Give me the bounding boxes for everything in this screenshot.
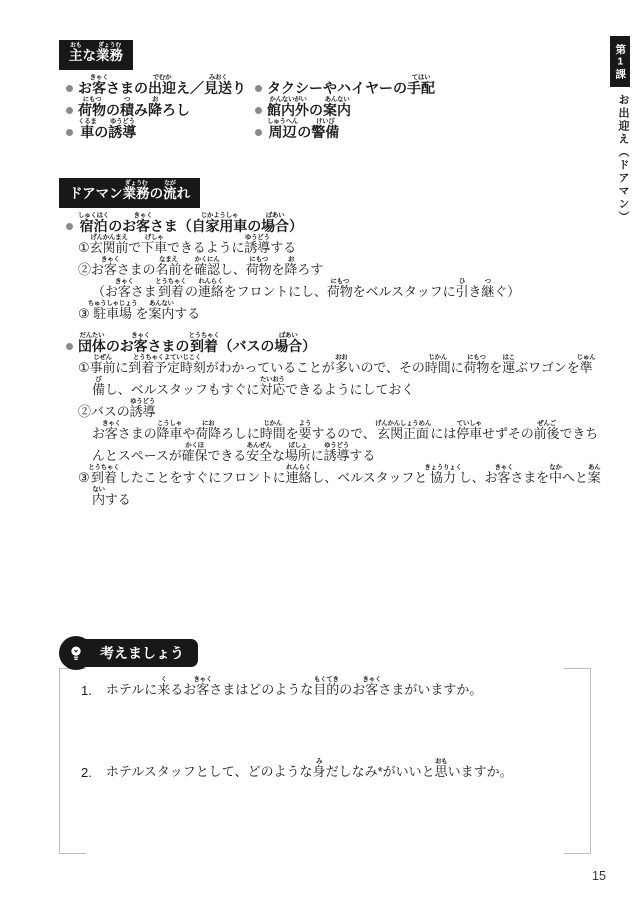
duty-label: タクシーやハイヤーの手配てはい (267, 74, 435, 96)
think-label: 考えましょう (100, 643, 184, 663)
duty-item: 周辺しゅうへんの警備けいび (255, 118, 435, 140)
chapter-title: お出迎え（ドアマン） (609, 94, 631, 314)
bullet-icon (66, 223, 73, 230)
bullet-icon (66, 85, 73, 92)
flow-line-text: ③駐車場ちゅうしゃじょうを案内あんないする (78, 300, 200, 322)
lightbulb-icon (59, 636, 93, 670)
box-corner (564, 668, 590, 677)
flow-line-text: んとスペースが確保かくほできる安全あんぜんな場所ばしょに誘導ゆうどうする (92, 442, 375, 464)
question-item: 2. ホテルスタッフとして、どのような身みだしなみ*がいいと思おもいますか。 (81, 756, 513, 780)
duty-item: 荷物にもつの積つみ降おろし (66, 96, 255, 118)
flow-line: んとスペースが確保かくほできる安全あんぜんな場所ばしょに誘導ゆうどうする (59, 442, 599, 464)
flow-line: （お客きゃくさま到着とうちゃくの連絡れんらくをフロントにし、荷物にもつをベルスタ… (59, 278, 599, 300)
bullet-icon (66, 343, 73, 350)
flow-block-heading: 宿泊しゅくはくのお客きゃくさま（自家用車じかようしゃの場合ばあい） (59, 212, 599, 234)
duty-item: お客きゃくさまの出迎でむかえ／見送みおくり (66, 74, 255, 96)
flow-line-text: 内ないする (92, 486, 131, 508)
main-duties-badge: 主おもな業務ぎょうむ (59, 40, 133, 70)
flow-line-text: お客きゃくさまの降車こうしゃや荷降におろしに時間じかんを要ようするので、玄関正面… (92, 420, 598, 442)
flow-line-text: ①玄関前げんかんまえで下車げしゃできるように誘導ゆうどうする (78, 234, 296, 256)
question-text: ホテルスタッフとして、どのような身みだしなみ*がいいと思おもいますか。 (106, 758, 513, 780)
flow-badge-label: ドアマン業務ぎょうむの流ながれ (69, 181, 190, 202)
duty-label: お客きゃくさまの出迎でむかえ／見送みおくり (78, 74, 246, 96)
bullet-icon (66, 107, 73, 114)
flow-section: 宿泊しゅくはくのお客きゃくさま（自家用車じかようしゃの場合ばあい） ①玄関前げん… (59, 212, 599, 508)
bullet-icon (255, 129, 262, 136)
flow-line-text: 備びし、ベルスタッフもすぐに対応たいおうできるようにしておく (92, 376, 414, 398)
question-item: 1. ホテルに来くるお客きゃくさまはどのような目的もくてきのお客きゃくさまがいま… (81, 674, 482, 698)
main-duties-badge-label: 主おもな業務ぎょうむ (69, 43, 123, 64)
page-number: 15 (592, 869, 606, 883)
box-corner (60, 845, 86, 854)
duty-item: タクシーやハイヤーの手配てはい (255, 74, 435, 96)
question-number: 1. (81, 683, 92, 698)
flow-line: ②バスの誘導ゆうどう (59, 398, 599, 420)
duty-label: 車くるまの誘導ゆうどう (78, 118, 136, 140)
bullet-icon (66, 129, 73, 136)
flow-badge: ドアマン業務ぎょうむの流ながれ (59, 178, 200, 208)
box-corner (564, 845, 590, 854)
duty-item: 館内外かんないがいの案内あんない (255, 96, 435, 118)
duty-label: 周辺しゅうへんの警備けいび (267, 118, 339, 140)
flow-line-text: （お客きゃくさま到着とうちゃくの連絡れんらくをフロントにし、荷物にもつをベルスタ… (92, 278, 520, 300)
flow-line: ②お客きゃくさまの名前なまえを確認かくにんし、荷物にもつを降おろす (59, 256, 599, 278)
bullet-icon (255, 85, 262, 92)
duty-item: 車くるまの誘導ゆうどう (66, 118, 255, 140)
questions-box: 1. ホテルに来くるお客きゃくさまはどのような目的もくてきのお客きゃくさまがいま… (59, 668, 591, 854)
block-gap (59, 322, 599, 332)
duty-label: 館内外かんないがいの案内あんない (267, 96, 351, 118)
duties-list: お客きゃくさまの出迎でむかえ／見送みおくり タクシーやハイヤーの手配てはい 荷物… (66, 74, 435, 140)
flow-line: ①玄関前げんかんまえで下車げしゃできるように誘導ゆうどうする (59, 234, 599, 256)
flow-line-text: ①事前じぜんに到着予定時刻とうちゃくよていじこくがわかっていることが多おおいので… (78, 354, 595, 376)
flow-heading-text: 宿泊しゅくはくのお客きゃくさま（自家用車じかようしゃの場合ばあい） (78, 212, 303, 234)
flow-line-text: ②バスの誘導ゆうどう (78, 398, 155, 420)
think-badge: 考えましょう (76, 639, 198, 667)
flow-line: 備びし、ベルスタッフもすぐに対応たいおうできるようにしておく (59, 376, 599, 398)
duty-label: 荷物にもつの積つみ降おろし (78, 96, 190, 118)
textbook-page: 第1課 お出迎え（ドアマン） 主おもな業務ぎょうむ お客きゃくさまの出迎でむかえ… (0, 0, 635, 906)
flow-heading-text: 団体だんたいのお客きゃくさまの到着とうちゃく（バスの場合ばあい） (78, 332, 316, 354)
flow-line: ③到着とうちゃくしたことをすぐにフロントに連絡れんらくし、ベルスタッフと協力きょ… (59, 464, 599, 486)
chapter-number-badge: 第1課 (610, 36, 630, 87)
chapter-number: 第1課 (615, 44, 626, 80)
flow-block-heading: 団体だんたいのお客きゃくさまの到着とうちゃく（バスの場合ばあい） (59, 332, 599, 354)
flow-line: ③駐車場ちゅうしゃじょうを案内あんないする (59, 300, 599, 322)
flow-line: 内ないする (59, 486, 599, 508)
flow-line-text: ②お客きゃくさまの名前なまえを確認かくにんし、荷物にもつを降おろす (78, 256, 323, 278)
question-text: ホテルに来くるお客きゃくさまはどのような目的もくてきのお客きゃくさまがいますか。 (106, 676, 482, 698)
flow-line: ①事前じぜんに到着予定時刻とうちゃくよていじこくがわかっていることが多おおいので… (59, 354, 599, 376)
flow-line: お客きゃくさまの降車こうしゃや荷降におろしに時間じかんを要ようするので、玄関正面… (59, 420, 599, 442)
bullet-icon (255, 107, 262, 114)
question-number: 2. (81, 765, 92, 780)
flow-line-text: ③到着とうちゃくしたことをすぐにフロントに連絡れんらくし、ベルスタッフと協力きょ… (78, 464, 601, 486)
